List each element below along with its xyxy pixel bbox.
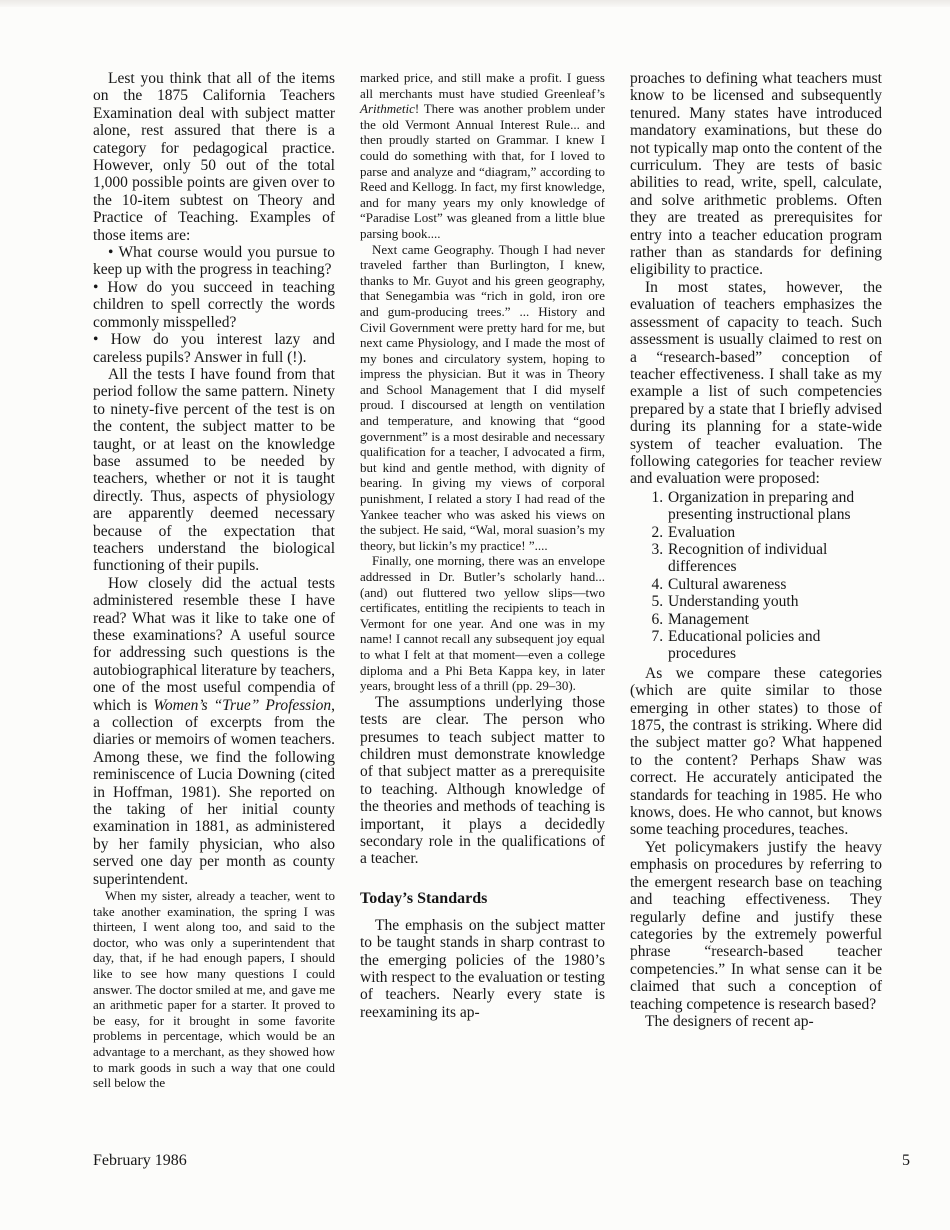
journal-page: Lest you think that all of the items on … bbox=[0, 0, 950, 1230]
blockquote-paragraph: When my sister, already a teacher, went … bbox=[93, 888, 335, 1091]
blockquote-paragraph: Next came Geography. Though I had never … bbox=[360, 242, 605, 554]
book-title-italic: Arithmetic bbox=[360, 101, 415, 116]
bullet-item: • How do you interest lazy and careless … bbox=[93, 331, 335, 366]
paragraph: Lest you think that all of the items on … bbox=[93, 70, 335, 244]
list-item: Recognition of individual differences bbox=[667, 541, 882, 576]
text-run: ! There was another problem under the ol… bbox=[360, 101, 605, 241]
paragraph: proaches to defining what teachers must … bbox=[630, 70, 882, 279]
list-item: Understanding youth bbox=[667, 593, 882, 610]
blockquote-paragraph: marked price, and still make a profit. I… bbox=[360, 70, 605, 242]
text-run: How closely did the actual tests adminis… bbox=[93, 575, 335, 714]
paragraph: As we compare these categories (which ar… bbox=[630, 665, 882, 839]
list-item: Cultural awareness bbox=[667, 576, 882, 593]
list-item: Educational policies and procedures bbox=[667, 628, 882, 663]
scan-edge bbox=[0, 0, 950, 7]
page-number: 5 bbox=[902, 1152, 910, 1170]
paragraph: The assumptions underlying those tests a… bbox=[360, 694, 605, 868]
paragraph: In most states, however, the evaluation … bbox=[630, 279, 882, 488]
bullet-item: • How do you succeed in teaching childre… bbox=[93, 279, 335, 331]
list-item: Management bbox=[667, 611, 882, 628]
paragraph: All the tests I have found from that per… bbox=[93, 366, 335, 575]
issue-date: February 1986 bbox=[93, 1152, 187, 1170]
text-run: marked price, and still make a profit. I… bbox=[360, 70, 605, 101]
book-title-italic: Women’s “True” Profession bbox=[153, 697, 331, 714]
article-body: Lest you think that all of the items on … bbox=[93, 70, 882, 1091]
paragraph: Yet policymakers justify the heavy empha… bbox=[630, 839, 882, 1013]
blockquote-paragraph: Finally, one morning, there was an envel… bbox=[360, 553, 605, 693]
paragraph: How closely did the actual tests adminis… bbox=[93, 575, 335, 888]
column-1: Lest you think that all of the items on … bbox=[93, 70, 335, 1091]
section-heading: Today’s Standards bbox=[360, 890, 605, 908]
column-2: marked price, and still make a profit. I… bbox=[360, 70, 605, 1091]
page-footer: February 1986 5 bbox=[93, 1152, 910, 1170]
list-item: Evaluation bbox=[667, 524, 882, 541]
paragraph: The emphasis on the subject matter to be… bbox=[360, 917, 605, 1021]
bullet-item: • What course would you pursue to keep u… bbox=[93, 244, 335, 279]
category-list: Organization in preparing and presenting… bbox=[630, 489, 882, 663]
column-3: proaches to defining what teachers must … bbox=[630, 70, 882, 1091]
text-run: , a collection of excerpts from the diar… bbox=[93, 697, 335, 888]
list-item: Organization in preparing and presenting… bbox=[667, 489, 882, 524]
paragraph: The designers of recent ap- bbox=[630, 1013, 882, 1030]
